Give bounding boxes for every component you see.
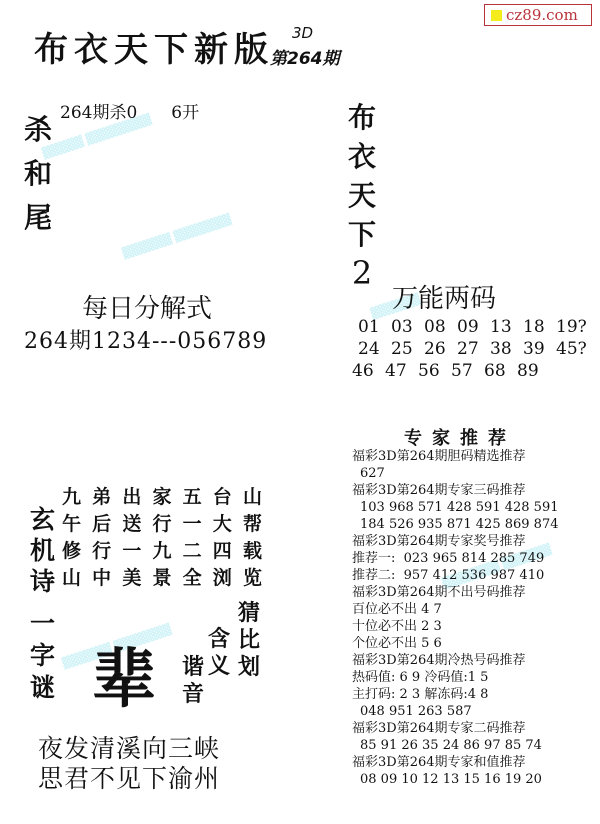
wanneng-row: 01030809131819? [358, 316, 589, 338]
poem-side-label: 玄机诗 [30, 504, 55, 597]
daily-value: 264期1234---056789 [24, 324, 267, 355]
expert-line: 627 [352, 465, 559, 482]
site-logo[interactable]: cz89.com [484, 4, 592, 26]
daily-title: 每日分解式 [82, 288, 212, 325]
expert-line: 福彩3D第264期专家奖号推荐 [352, 533, 559, 550]
expert-line: 福彩3D第264期专家三码推荐 [352, 482, 559, 499]
kill-side-label: 杀 和 尾 [24, 108, 52, 240]
expert-line: 福彩3D第264期不出号码推荐 [352, 584, 559, 601]
expert-line: 福彩3D第264期胆码精选推荐 [352, 448, 559, 465]
wanneng-row: 24252627383945? [358, 338, 589, 360]
side-brand: 布 衣 天 下 2 [348, 98, 376, 293]
expert-title: 专家推荐 [404, 424, 516, 450]
watermark: ▓▓▓▓▓▓ ▓▓▓▓▓▓▓ [121, 213, 233, 260]
riddle-side-label: 一字谜 [30, 608, 55, 704]
poem-row: 午后送行一大帮 [62, 511, 262, 538]
kill-tail-line: 264期杀06开 [60, 98, 199, 123]
expert-line: 个位必不出 5 6 [352, 635, 559, 652]
expert-line: 热码值: 6 9 冷码值:1 5 [352, 669, 559, 686]
logo-square-icon [491, 10, 502, 21]
verse: 夜发清溪向三峡 思君不见下渝州 [38, 734, 220, 794]
expert-line: 福彩3D第264期冷热号码推荐 [352, 652, 559, 669]
poem-row: 山中美景全浏览 [62, 565, 262, 592]
expert-line: 十位必不出 2 3 [352, 618, 559, 635]
game-label: 3D [292, 24, 313, 42]
wanneng-grid: 01030809131819? 24252627383945? 46475657… [358, 316, 589, 382]
expert-line: 推荐二: 957 412 536 987 410 [352, 567, 559, 584]
expert-line: 百位必不出 4 7 [352, 601, 559, 618]
wanneng-title: 万能两码 [392, 278, 496, 315]
side-brand-number: 2 [352, 254, 372, 293]
page-title: 布衣天下新版 [34, 22, 274, 71]
expert-line: 福彩3D第264期专家二码推荐 [352, 720, 559, 737]
riddle-hint-sound: 谐音 [182, 654, 204, 708]
riddle-hint-guess: 猜比划 [238, 600, 260, 681]
riddle-hint-meaning: 含义 [208, 626, 230, 680]
expert-line: 主打码: 2 3 解冻码:4 8 [352, 686, 559, 703]
poem-row: 九弟出家五台山 [62, 484, 262, 511]
expert-line: 184 526 935 871 425 869 874 [352, 516, 559, 533]
expert-line: 103 968 571 428 591 428 591 [352, 499, 559, 516]
kill-value: 264期杀0 [60, 103, 137, 123]
wanneng-row: 464756576889 [352, 360, 589, 382]
expert-line: 推荐一: 023 965 814 285 749 [352, 550, 559, 567]
expert-list: 福彩3D第264期胆码精选推荐627福彩3D第264期专家三码推荐103 968… [352, 448, 559, 788]
open-value: 6开 [171, 103, 199, 123]
expert-line: 85 91 26 35 24 86 97 85 74 [352, 737, 559, 754]
issue-label: 第264期 [270, 44, 340, 69]
expert-line: 福彩3D第264期专家和值推荐 [352, 754, 559, 771]
expert-line: 048 951 263 587 [352, 703, 559, 720]
riddle-character: 辈 [92, 628, 156, 720]
poem-rows: 九弟出家五台山午后送行一大帮修行一九二四载山中美景全浏览 [62, 484, 282, 592]
expert-line: 08 09 10 12 13 15 16 19 20 [352, 771, 559, 788]
poem-row: 修行一九二四载 [62, 538, 262, 565]
logo-text: cz89.com [506, 6, 578, 24]
